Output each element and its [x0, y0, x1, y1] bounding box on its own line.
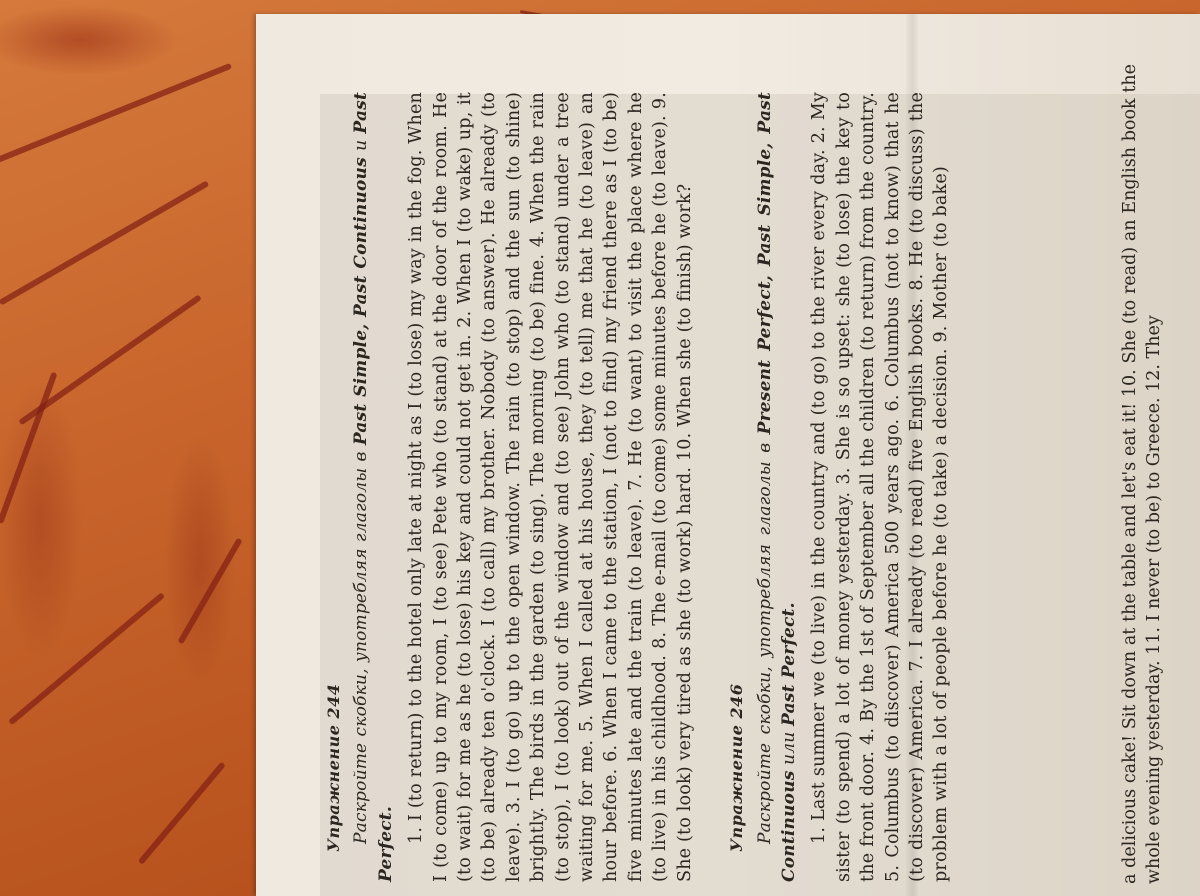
- exercise-246-continuation: a delicious cake! Sit down at the table …: [1118, 64, 1167, 884]
- fabric-pattern-stroke: [0, 372, 58, 524]
- instruction-tenses: Past Simple, Past Continuous: [351, 157, 371, 445]
- instruction-joiner: или: [779, 726, 799, 771]
- instruction-last-tense: Past Perfect.: [779, 602, 799, 726]
- continuation-text: a delicious cake! Sit down at the table …: [1118, 64, 1167, 884]
- exercise-244-title: Упражнение 244: [322, 92, 346, 882]
- instruction-text: Раскройте скобки, употребляя глаголы в: [755, 434, 775, 844]
- fabric-pattern-stroke: [177, 538, 242, 645]
- exercise-246-text: 1. Last summer we (to live) in the count…: [807, 92, 953, 882]
- instruction-joiner: и: [351, 134, 371, 158]
- instruction-text: Раскройте скобки, употребляя глаголы в: [351, 445, 371, 844]
- exercise-246-instruction: Раскройте скобки, употребляя глаголы в P…: [753, 92, 802, 882]
- fabric-pattern-stroke: [8, 592, 165, 725]
- exercise-246: Упражнение 246 Раскройте скобки, употреб…: [725, 92, 954, 882]
- exercise-244-instruction: Раскройте скобки, употребляя глаголы в P…: [349, 92, 398, 882]
- exercise-244-text: 1. I (to return) to the hotel only late …: [404, 92, 697, 882]
- fabric-pattern-stroke: [0, 63, 232, 166]
- rotated-page-content: Упражнение 244 Раскройте скобки, употреб…: [322, 92, 954, 882]
- exercise-244: Упражнение 244 Раскройте скобки, употреб…: [322, 92, 697, 882]
- fabric-pattern-stroke: [138, 761, 226, 864]
- fabric-pattern-stroke: [0, 180, 209, 305]
- exercise-246-title: Упражнение 246: [725, 92, 749, 882]
